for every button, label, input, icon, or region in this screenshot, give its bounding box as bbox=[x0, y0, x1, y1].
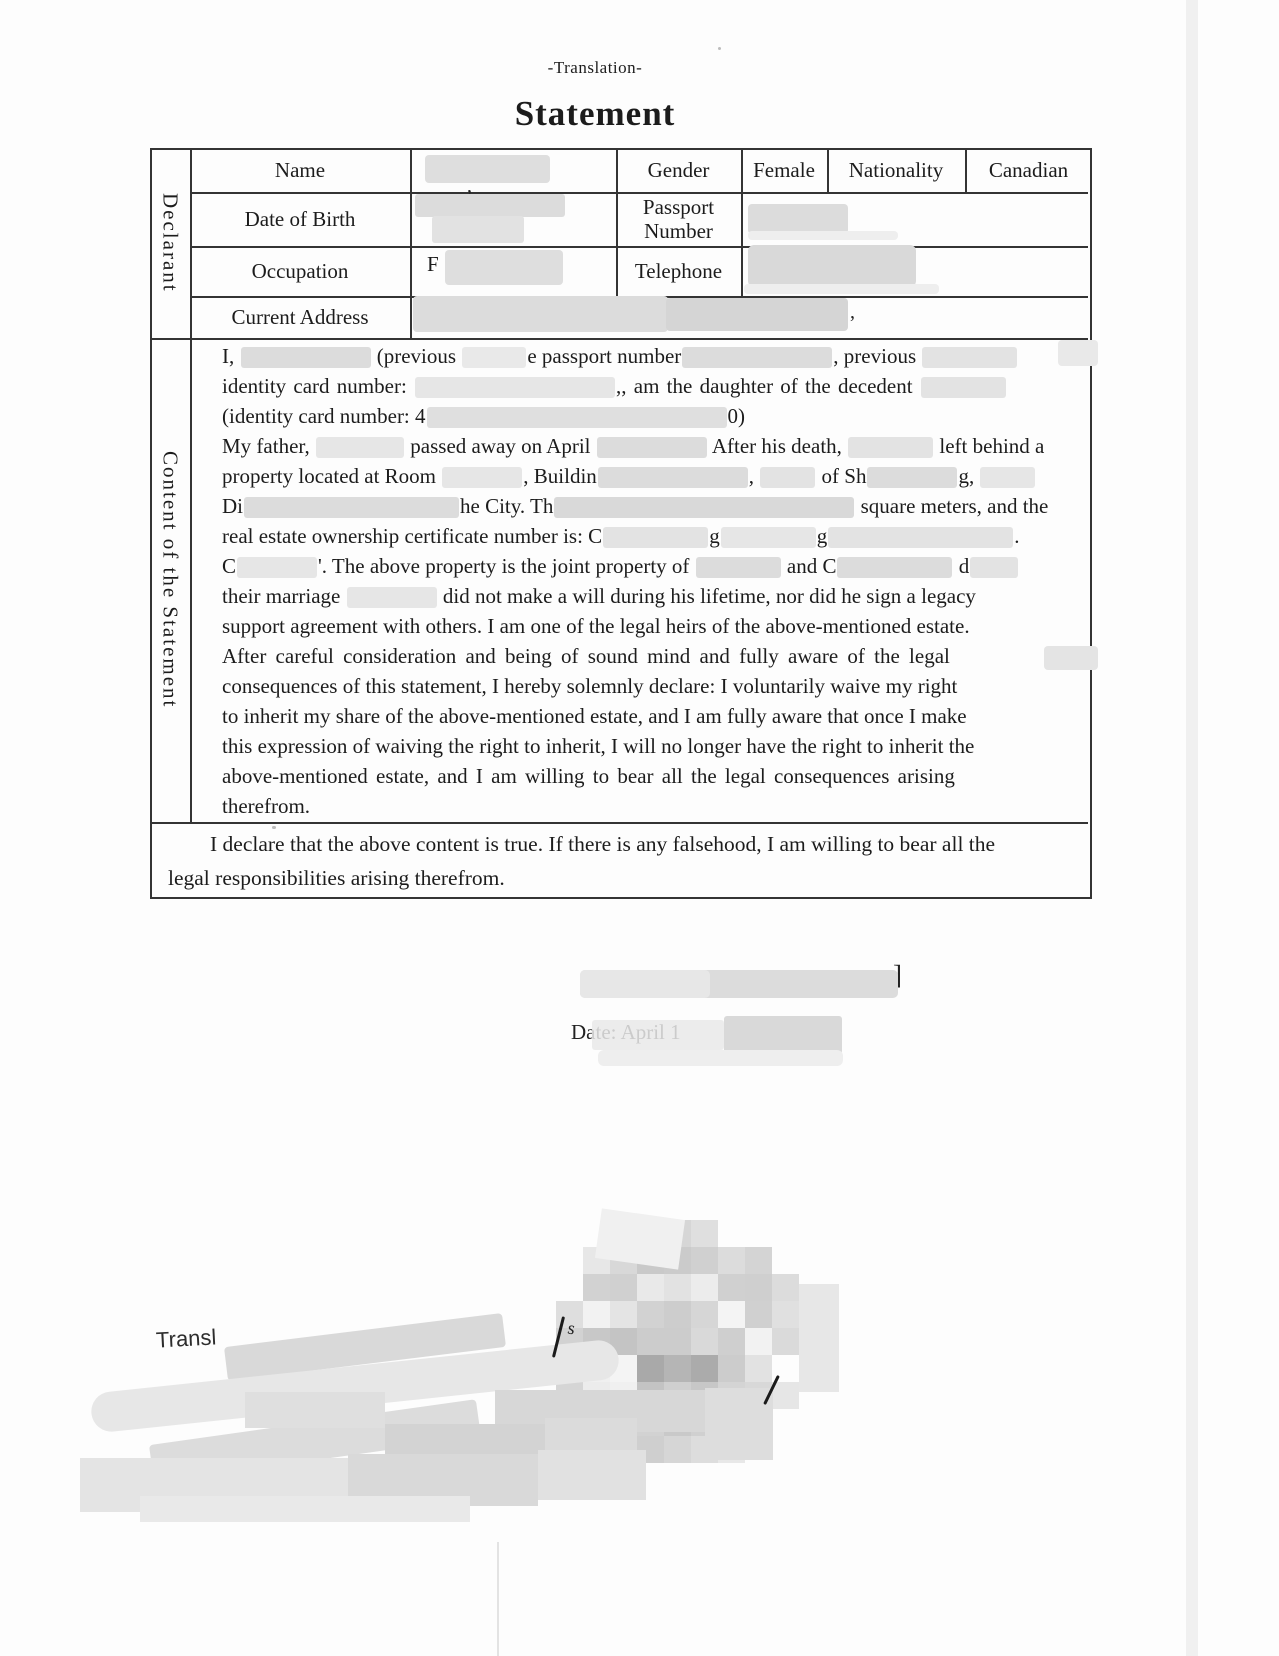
statement-text: (identity card number: 4 bbox=[222, 404, 426, 428]
stamp-cell bbox=[718, 1328, 745, 1355]
scanned-statement-page: -Translation- Statement Declarant Conten… bbox=[0, 0, 1279, 1656]
redaction-block bbox=[425, 155, 550, 183]
gender-value: Female bbox=[741, 148, 827, 192]
statement-line: this expression of waiving the right to … bbox=[222, 731, 1084, 761]
statement-text: C bbox=[222, 554, 236, 578]
page-title: Statement bbox=[440, 94, 750, 134]
redaction-block bbox=[748, 245, 916, 287]
redaction-block bbox=[748, 231, 898, 240]
statement-line: After careful consideration and being of… bbox=[222, 641, 1084, 671]
declarant-section-label: Declarant bbox=[150, 148, 190, 338]
statement-line: to inherit my share of the above-mention… bbox=[222, 701, 1084, 731]
dob-label: Date of Birth bbox=[190, 192, 410, 246]
stamp-cell bbox=[610, 1274, 637, 1301]
document-header: -Translation- Statement bbox=[440, 58, 750, 134]
inline-redaction bbox=[462, 347, 526, 368]
inline-redaction bbox=[721, 527, 816, 548]
statement-text: property located at Room bbox=[222, 464, 441, 488]
redaction-block bbox=[580, 970, 710, 998]
statement-line: support agreement with others. I am one … bbox=[222, 611, 1084, 641]
statement-text: g, bbox=[958, 464, 979, 488]
stamp-cell bbox=[583, 1301, 610, 1328]
passport-label-line2: Number bbox=[644, 219, 713, 243]
redaction-block bbox=[724, 1016, 842, 1054]
statement-line: above-mentioned estate, and I am willing… bbox=[222, 761, 1084, 791]
passport-number-label: Passport Number bbox=[616, 192, 741, 246]
inline-redaction bbox=[867, 467, 957, 488]
redaction-block bbox=[1186, 0, 1198, 1656]
translation-label: -Translation- bbox=[440, 58, 750, 78]
stamp-cell bbox=[583, 1274, 610, 1301]
statement-text: real estate ownership certificate number… bbox=[222, 524, 602, 548]
stamp-cell bbox=[745, 1301, 772, 1328]
inline-redaction bbox=[980, 467, 1035, 488]
statement-text: square meters, and the bbox=[855, 494, 1048, 518]
statement-line: I, (previous e passport number, previous bbox=[222, 341, 1084, 371]
statement-line: property located at Room , Buildin, of S… bbox=[222, 461, 1084, 491]
statement-text: above-mentioned estate, and I am willing… bbox=[222, 764, 955, 788]
stamp-cell bbox=[637, 1301, 664, 1328]
statement-text: did not make a will during his lifetime,… bbox=[438, 584, 976, 608]
inline-redaction bbox=[921, 377, 1006, 398]
statement-line: therefrom. bbox=[222, 791, 1084, 821]
redaction-block bbox=[413, 296, 668, 332]
inline-redaction bbox=[442, 467, 522, 488]
inline-redaction bbox=[241, 347, 371, 368]
statement-text: and C bbox=[782, 554, 837, 578]
statement-text: of Sh bbox=[816, 464, 866, 488]
statement-line: their marriage did not make a will durin… bbox=[222, 581, 1084, 611]
redaction-block bbox=[272, 826, 276, 829]
stamp-cell bbox=[745, 1274, 772, 1301]
inline-redaction bbox=[760, 467, 815, 488]
inline-redaction bbox=[244, 497, 459, 518]
statement-text: Di bbox=[222, 494, 243, 518]
stamp-cell bbox=[691, 1301, 718, 1328]
statement-text: , bbox=[749, 464, 760, 488]
stamp-cell bbox=[664, 1328, 691, 1355]
inline-redaction bbox=[837, 557, 952, 578]
redaction-block bbox=[1058, 340, 1098, 366]
statement-text: g bbox=[817, 524, 828, 548]
statement-line: (identity card number: 40) bbox=[222, 401, 1084, 431]
inline-redaction bbox=[922, 347, 1017, 368]
statement-line: real estate ownership certificate number… bbox=[222, 521, 1084, 551]
stamp-cell bbox=[610, 1301, 637, 1328]
statement-text: I, bbox=[222, 344, 240, 368]
redaction-block bbox=[592, 1020, 724, 1050]
statement-line: identity card number: ,, am the daughter… bbox=[222, 371, 1084, 401]
redaction-block bbox=[748, 204, 848, 234]
redaction-block bbox=[445, 250, 563, 285]
stamp-cell bbox=[691, 1355, 718, 1382]
statement-line: My father, passed away on April After hi… bbox=[222, 431, 1084, 461]
statement-text: (previous bbox=[372, 344, 462, 368]
statement-text: My father, bbox=[222, 434, 315, 458]
telephone-label: Telephone bbox=[616, 246, 741, 296]
redaction-block bbox=[245, 1392, 385, 1428]
nationality-label: Nationality bbox=[827, 148, 965, 192]
statement-text: g bbox=[709, 524, 720, 548]
statement-text: , previous bbox=[833, 344, 921, 368]
statement-line: consequences of this statement, I hereby… bbox=[222, 671, 1084, 701]
declaration-line1: I declare that the above content is true… bbox=[168, 827, 1080, 861]
stamp-cell bbox=[691, 1274, 718, 1301]
stamp-cell bbox=[637, 1355, 664, 1382]
statement-text: passed away on April bbox=[405, 434, 596, 458]
statement-line: Dihe City. Th square meters, and the bbox=[222, 491, 1084, 521]
inline-redaction bbox=[237, 557, 317, 578]
stamp-cell bbox=[745, 1247, 772, 1274]
statement-text: therefrom. bbox=[222, 794, 310, 818]
statement-text: After careful consideration and being of… bbox=[222, 644, 950, 668]
redaction-block bbox=[598, 1050, 843, 1066]
redaction-block bbox=[538, 1450, 646, 1500]
occupation-label: Occupation bbox=[190, 246, 410, 296]
redaction-block bbox=[432, 216, 524, 243]
redaction-block bbox=[718, 47, 721, 50]
table-rule bbox=[150, 822, 1088, 824]
inline-redaction bbox=[970, 557, 1018, 578]
inline-redaction bbox=[696, 557, 781, 578]
redaction-block bbox=[666, 298, 848, 331]
stamp-cell bbox=[772, 1301, 799, 1328]
statement-text: , Buildin bbox=[523, 464, 597, 488]
stamp-cell bbox=[718, 1301, 745, 1328]
statement-text: their marriage bbox=[222, 584, 346, 608]
redaction-block bbox=[744, 284, 939, 294]
inline-redaction bbox=[603, 527, 708, 548]
stamp-cell bbox=[691, 1247, 718, 1274]
inline-redaction bbox=[828, 527, 1013, 548]
statement-text: left behind a bbox=[934, 434, 1044, 458]
stamp-cell bbox=[772, 1382, 799, 1409]
stamp-cell bbox=[745, 1328, 772, 1355]
statement-text: d bbox=[953, 554, 969, 578]
statement-text: consequences of this statement, I hereby… bbox=[222, 674, 957, 698]
inline-redaction bbox=[427, 407, 727, 428]
inline-redaction bbox=[597, 437, 707, 458]
stamp-cell bbox=[772, 1328, 799, 1355]
redaction-block bbox=[1044, 646, 1098, 670]
name-label: Name bbox=[190, 148, 410, 192]
text-fragment: Transl bbox=[155, 1324, 217, 1353]
inline-redaction bbox=[347, 587, 437, 608]
nationality-value: Canadian bbox=[965, 148, 1092, 192]
redaction-block bbox=[705, 1388, 773, 1460]
stamp-cell bbox=[664, 1301, 691, 1328]
statement-section-label: Content of the Statement bbox=[150, 338, 190, 822]
stamp-cell bbox=[664, 1355, 691, 1382]
declaration-line2: legal responsibilities arising therefrom… bbox=[168, 861, 1080, 895]
statement-text: '. The above property is the joint prope… bbox=[318, 554, 695, 578]
inline-redaction bbox=[682, 347, 832, 368]
statement-text: support agreement with others. I am one … bbox=[222, 614, 970, 638]
table-rule bbox=[150, 338, 1088, 340]
stamp-cell bbox=[664, 1436, 691, 1463]
stamp-cell bbox=[637, 1274, 664, 1301]
statement-lines: I, (previous e passport number, previous… bbox=[222, 341, 1084, 821]
statement-text: ,, am the daughter of the decedent bbox=[616, 374, 920, 398]
occupation-value-visible: F bbox=[427, 252, 439, 277]
stamp-cell bbox=[718, 1355, 745, 1382]
stamp-cell bbox=[745, 1355, 772, 1382]
inline-redaction bbox=[554, 497, 854, 518]
table-rule bbox=[410, 148, 412, 338]
statement-line: C'. The above property is the joint prop… bbox=[222, 551, 1084, 581]
statement-text: to inherit my share of the above-mention… bbox=[222, 704, 967, 728]
statement-text: After his death, bbox=[708, 434, 847, 458]
declaration-block: I declare that the above content is true… bbox=[168, 827, 1080, 895]
passport-label-line1: Passport bbox=[643, 195, 714, 219]
redaction-block bbox=[415, 194, 565, 217]
stamp-cell bbox=[664, 1274, 691, 1301]
inline-redaction bbox=[848, 437, 933, 458]
redaction-block bbox=[799, 1284, 839, 1392]
statement-text: identity card number: bbox=[222, 374, 414, 398]
redaction-block bbox=[140, 1496, 470, 1522]
inline-redaction bbox=[316, 437, 404, 458]
statement-text: . bbox=[1014, 524, 1019, 548]
statement-text: 0) bbox=[728, 404, 746, 428]
redaction-block bbox=[497, 1542, 499, 1656]
statement-text: he City. Th bbox=[460, 494, 553, 518]
stamp-cell bbox=[718, 1247, 745, 1274]
stamp-cell bbox=[637, 1328, 664, 1355]
inline-redaction bbox=[415, 377, 615, 398]
stamp-cell bbox=[691, 1220, 718, 1247]
current-address-label: Current Address bbox=[190, 296, 410, 338]
stamp-cell bbox=[718, 1274, 745, 1301]
statement-text: this expression of waiving the right to … bbox=[222, 734, 974, 758]
text-fragment: , bbox=[850, 301, 855, 324]
inline-redaction bbox=[598, 467, 748, 488]
statement-text: e passport number bbox=[527, 344, 681, 368]
stamp-cell bbox=[691, 1328, 718, 1355]
gender-label: Gender bbox=[616, 148, 741, 192]
stamp-cell bbox=[772, 1274, 799, 1301]
